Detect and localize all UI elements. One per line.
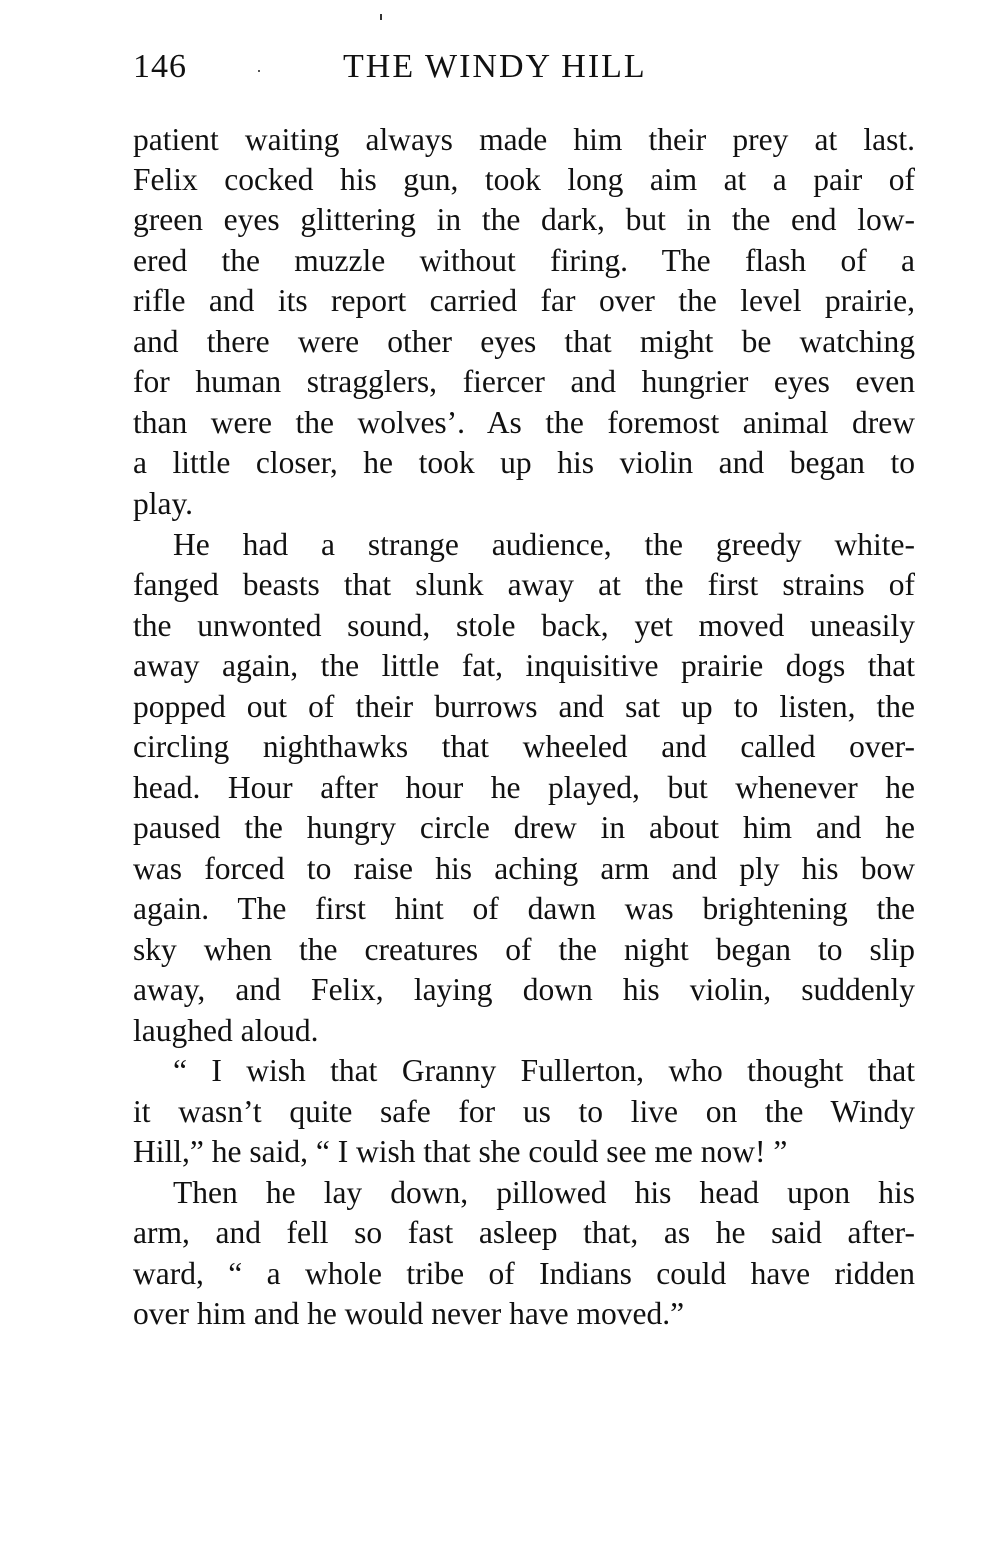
text-line: ward, “ a whole tribe of Indians could h…	[133, 1254, 915, 1294]
text-line: paused the hungry circle drew in about h…	[133, 808, 915, 848]
text-line: for human stragglers, fiercer and hungri…	[133, 362, 915, 402]
text-line: was forced to raise his aching arm and p…	[133, 849, 915, 889]
text-line: Felix cocked his gun, took long aim at a…	[133, 160, 915, 200]
text-line: green eyes glittering in the dark, but i…	[133, 200, 915, 240]
text-line: a little closer, he took up his violin a…	[133, 443, 915, 483]
text-line: rifle and its report carried far over th…	[133, 281, 915, 321]
text-line: it wasn’t quite safe for us to live on t…	[133, 1092, 915, 1132]
text-line: arm, and fell so fast asleep that, as he…	[133, 1213, 915, 1253]
text-line: away again, the little fat, inquisitive …	[133, 646, 915, 686]
text-line: circling nighthawks that wheeled and cal…	[133, 727, 915, 767]
paragraph-start-line: Then he lay down, pillowed his head upon…	[133, 1173, 915, 1213]
text-line: Hill,” he said, “ I wish that she could …	[133, 1132, 915, 1172]
text-line: the unwonted sound, stole back, yet move…	[133, 606, 915, 646]
scan-dot	[258, 70, 260, 72]
scan-speck	[380, 14, 382, 20]
paragraph-start-line: “ I wish that Granny Fullerton, who thou…	[133, 1051, 915, 1091]
text-line: over him and he would never have moved.”	[133, 1294, 915, 1334]
text-line: patient waiting always made him their pr…	[133, 120, 915, 160]
book-page: 146 THE WINDY HILL patient waiting alway…	[0, 0, 983, 1546]
paragraph-start-line: He had a strange audience, the greedy wh…	[133, 525, 915, 565]
page-number: 146	[133, 48, 187, 86]
text-line: and there were other eyes that might be …	[133, 322, 915, 362]
text-line: again. The first hint of dawn was bright…	[133, 889, 915, 929]
text-line: head. Hour after hour he played, but whe…	[133, 768, 915, 808]
page-header: 146 THE WINDY HILL	[133, 48, 915, 92]
text-line: ered the muzzle without firing. The flas…	[133, 241, 915, 281]
text-line: than were the wolves’. As the foremost a…	[133, 403, 915, 443]
text-line: laughed aloud.	[133, 1011, 915, 1051]
text-line: sky when the creatures of the night bega…	[133, 930, 915, 970]
text-line: popped out of their burrows and sat up t…	[133, 687, 915, 727]
running-head: THE WINDY HILL	[343, 48, 647, 86]
text-line: away, and Felix, laying down his violin,…	[133, 970, 915, 1010]
text-line: play.	[133, 484, 915, 524]
text-line: fanged beasts that slunk away at the fir…	[133, 565, 915, 605]
